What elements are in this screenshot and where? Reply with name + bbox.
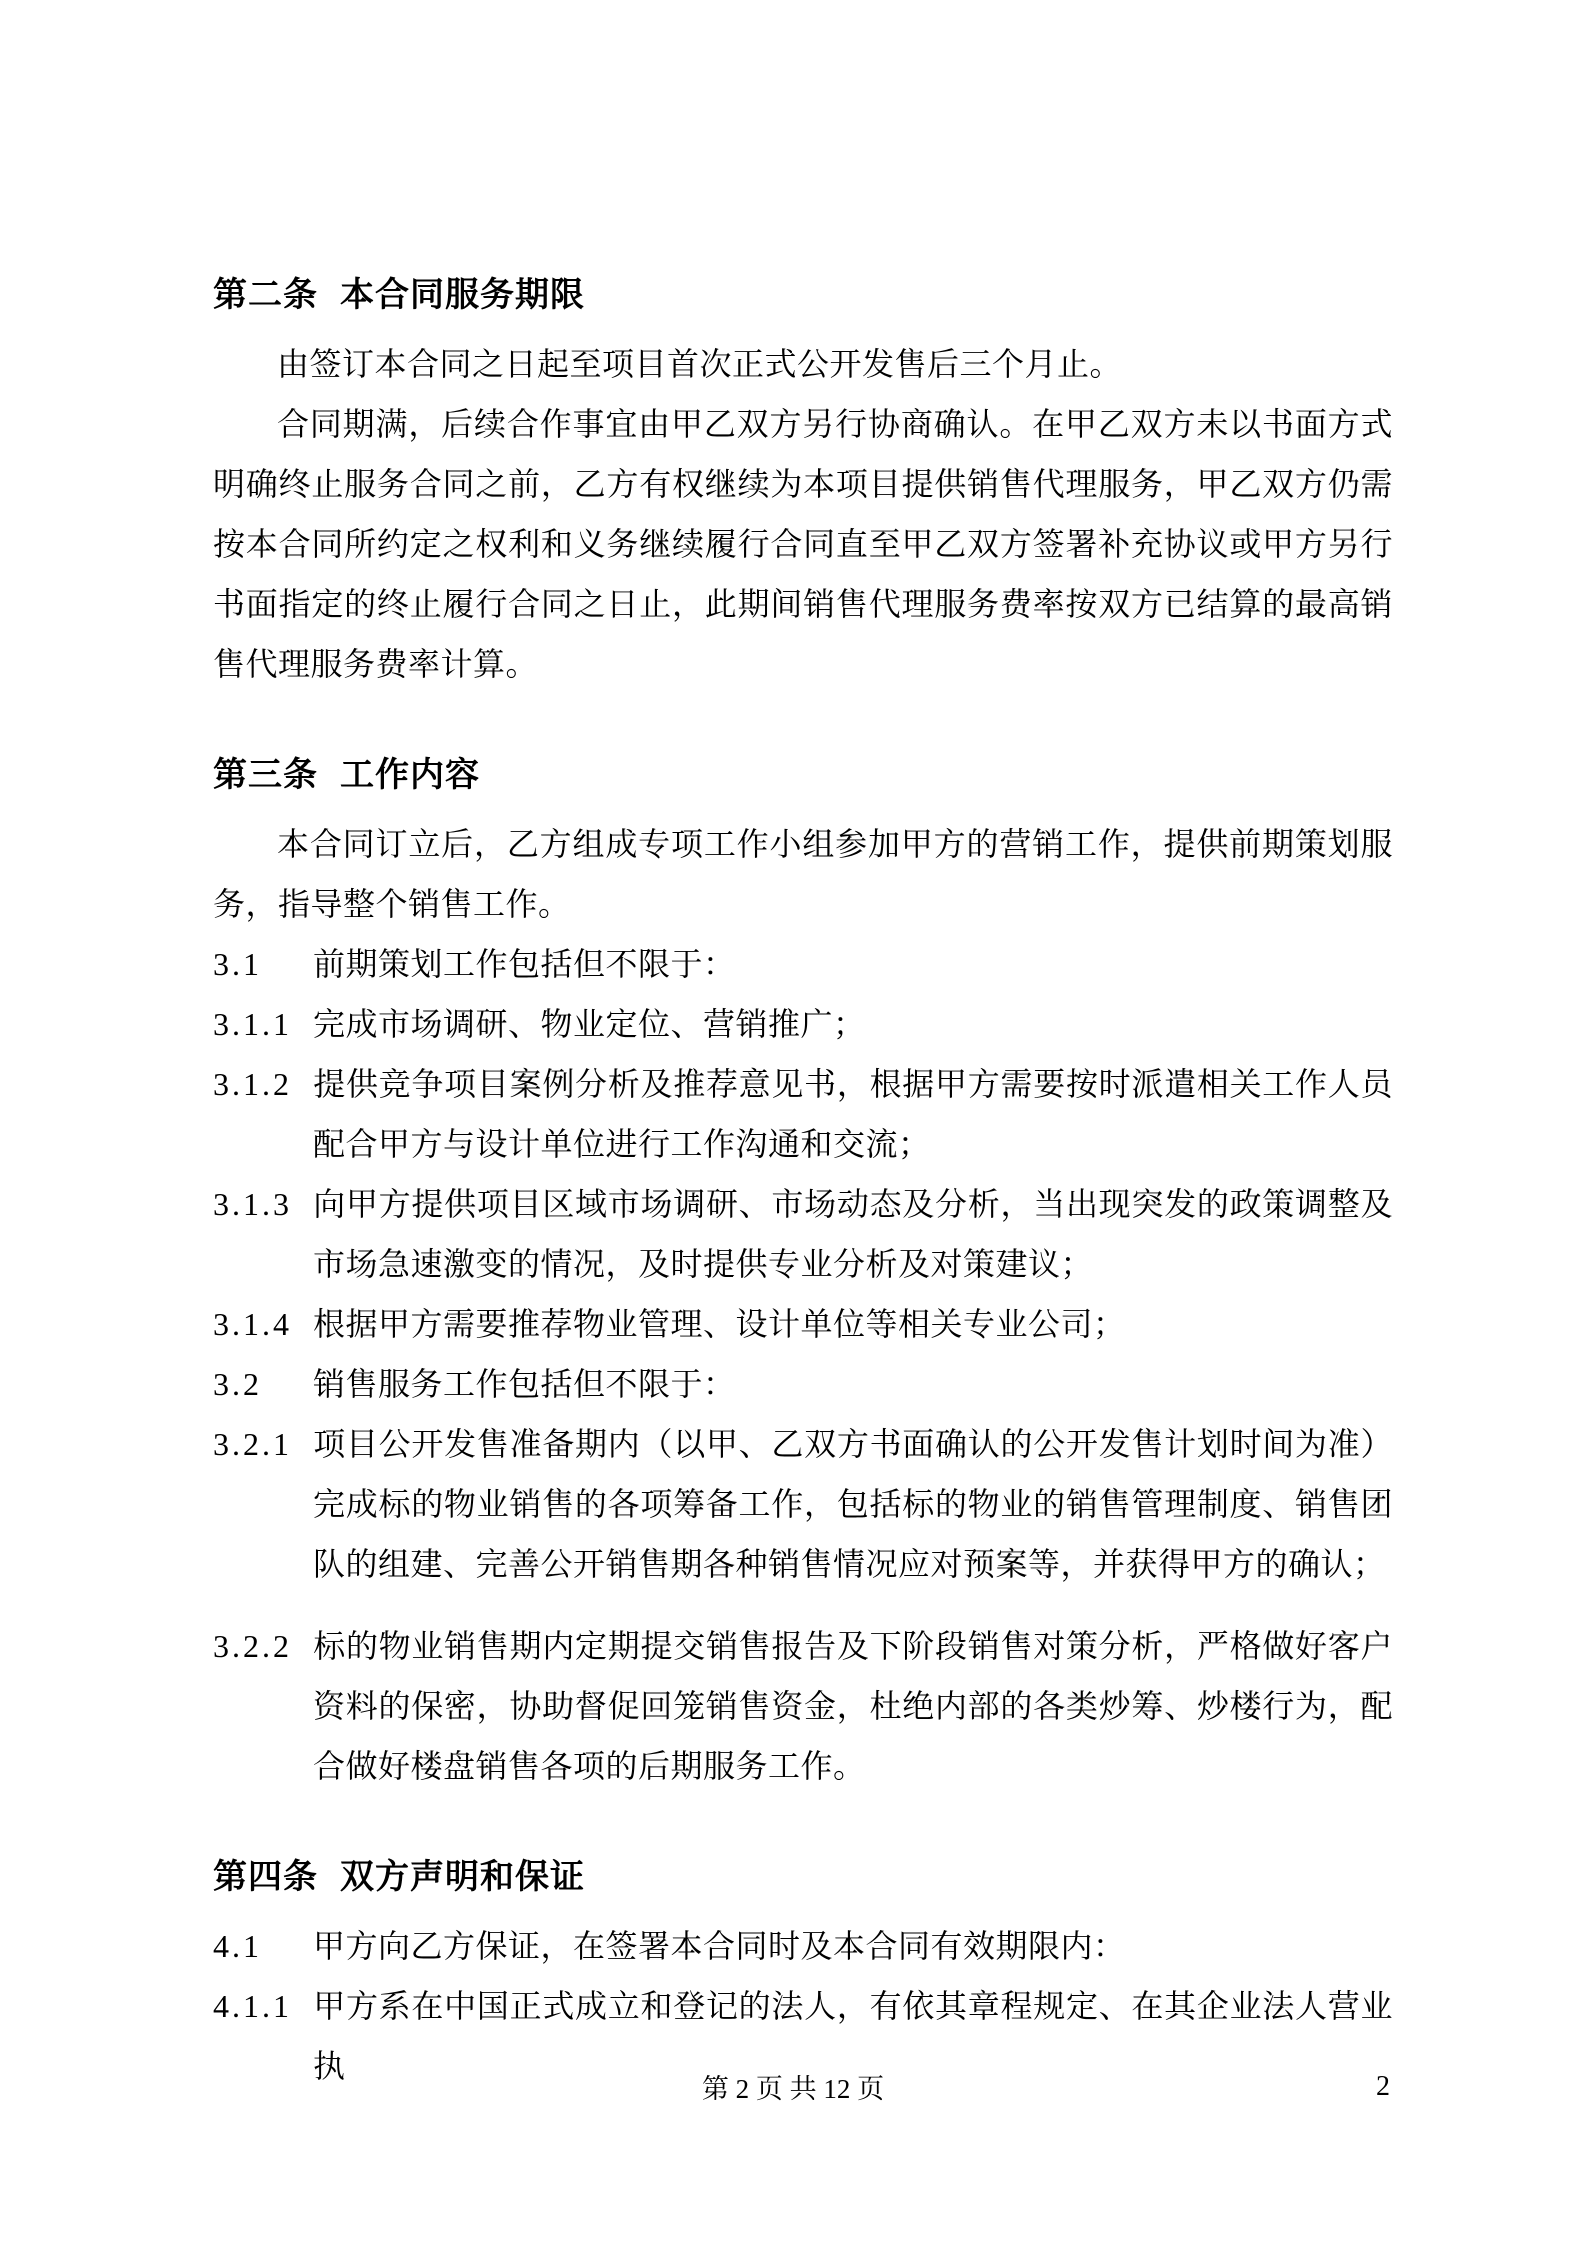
item-number: 3.2.2: [213, 1616, 313, 1676]
numbered-item: 3.2.2标的物业销售期内定期提交销售报告及下阶段销售对策分析，严格做好客户资料…: [213, 1616, 1393, 1796]
contract-page: 第二条本合同服务期限由签订本合同之日起至项目首次正式公开发售后三个月止。合同期满…: [0, 0, 1586, 2244]
document-content: 第二条本合同服务期限由签订本合同之日起至项目首次正式公开发售后三个月止。合同期满…: [213, 266, 1393, 2096]
section-number: 第三条: [213, 757, 318, 794]
section-number: 第四条: [213, 1859, 318, 1896]
numbered-item: 3.1.3向甲方提供项目区域市场调研、市场动态及分析，当出现突发的政策调整及市场…: [213, 1174, 1393, 1294]
section-title: 本合同服务期限: [340, 277, 585, 314]
numbered-item: 3.1.1完成市场调研、物业定位、营销推广；: [213, 994, 1393, 1054]
item-number: 3.1.4: [213, 1294, 313, 1354]
item-text: 提供竞争项目案例分析及推荐意见书，根据甲方需要按时派遣相关工作人员配合甲方与设计…: [313, 1066, 1393, 1162]
item-text: 标的物业销售期内定期提交销售报告及下阶段销售对策分析，严格做好客户资料的保密，协…: [313, 1628, 1393, 1784]
item-text: 甲方向乙方保证，在签署本合同时及本合同有效期限内：: [313, 1928, 1126, 1964]
item-text: 项目公开发售准备期内（以甲、乙双方书面确认的公开发售计划时间为准）完成标的物业销…: [313, 1426, 1393, 1582]
numbered-item: 3.2.1项目公开发售准备期内（以甲、乙双方书面确认的公开发售计划时间为准）完成…: [213, 1414, 1393, 1594]
item-text: 向甲方提供项目区域市场调研、市场动态及分析，当出现突发的政策调整及市场急速激变的…: [313, 1186, 1393, 1282]
item-number: 3.1: [213, 934, 313, 994]
section-number: 第二条: [213, 277, 318, 314]
section-title: 双方声明和保证: [340, 1859, 585, 1896]
footer-page-number: 2: [1376, 2070, 1390, 2104]
item-text: 前期策划工作包括但不限于：: [313, 946, 736, 982]
numbered-item: 3.1.2提供竞争项目案例分析及推荐意见书，根据甲方需要按时派遣相关工作人员配合…: [213, 1054, 1393, 1174]
item-text: 销售服务工作包括但不限于：: [313, 1366, 736, 1402]
numbered-item: 3.1.4根据甲方需要推荐物业管理、设计单位等相关专业公司；: [213, 1294, 1393, 1354]
numbered-item: 3.1前期策划工作包括但不限于：: [213, 934, 1393, 994]
item-number: 3.1.1: [213, 994, 313, 1054]
paragraph: 合同期满，后续合作事宜由甲乙双方另行协商确认。在甲乙双方未以书面方式明确终止服务…: [213, 394, 1393, 694]
item-text: 根据甲方需要推荐物业管理、设计单位等相关专业公司；: [313, 1306, 1126, 1342]
section-heading: 第三条工作内容: [213, 746, 1393, 806]
section-heading: 第四条双方声明和保证: [213, 1848, 1393, 1908]
item-text: 完成市场调研、物业定位、营销推广；: [313, 1006, 866, 1042]
item-number: 4.1: [213, 1916, 313, 1976]
section-heading: 第二条本合同服务期限: [213, 266, 1393, 326]
item-text: 甲方系在中国正式成立和登记的法人，有依其章程规定、在其企业法人营业执: [313, 1988, 1393, 2084]
numbered-item: 3.2销售服务工作包括但不限于：: [213, 1354, 1393, 1414]
item-number: 3.1.3: [213, 1174, 313, 1234]
paragraph: 由签订本合同之日起至项目首次正式公开发售后三个月止。: [213, 334, 1393, 394]
item-number: 4.1.1: [213, 1976, 313, 2036]
item-number: 3.2: [213, 1354, 313, 1414]
numbered-item: 4.1甲方向乙方保证，在签署本合同时及本合同有效期限内：: [213, 1916, 1393, 1976]
item-number: 3.2.1: [213, 1414, 313, 1474]
paragraph: 本合同订立后，乙方组成专项工作小组参加甲方的营销工作，提供前期策划服务，指导整个…: [213, 814, 1393, 934]
item-number: 3.1.2: [213, 1054, 313, 1114]
section-title: 工作内容: [340, 757, 480, 794]
footer-page-indicator: 第 2 页 共 12 页: [0, 2072, 1586, 2106]
